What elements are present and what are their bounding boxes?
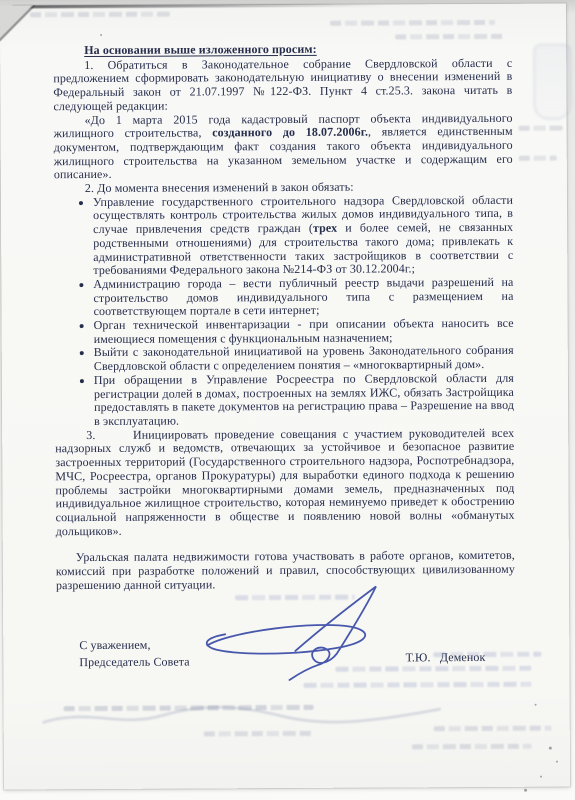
scan-speckle (549, 747, 552, 750)
list-item: Управление государственного строительног… (93, 194, 513, 278)
paragraph-item-1: 1. Обратиться в Законодательное собрание… (53, 57, 512, 114)
bleed-through-line (519, 156, 557, 161)
paragraph-item-3: 3. Инициировать проведение совещания с у… (55, 426, 515, 538)
signature-closing: С уважением, (79, 637, 189, 655)
obligations-list: Управление государственного строительног… (54, 194, 514, 429)
bleed-through-line (330, 20, 495, 26)
signature-title: Председатель Совета (79, 654, 189, 672)
scan-background: На основании выше изложенного просим: 1.… (0, 0, 575, 800)
list-item: При обращении в Управление Росреестра по… (94, 372, 514, 429)
bleed-through-line (519, 126, 563, 131)
bleed-through-handwriting (38, 700, 450, 734)
scan-speckle (540, 776, 542, 778)
request-heading-text: На основании выше изложенного просим: (84, 42, 317, 57)
list-item: Администрацию города – вести публичный р… (93, 276, 513, 319)
list-item: Орган технической инвентаризации - при о… (94, 317, 514, 347)
scan-speckle (535, 704, 537, 706)
list-item: Выйти с законодательной инициативой на у… (94, 344, 514, 374)
signature-left-column: С уважением, Председатель Совета (79, 637, 189, 672)
page-corner-fold (0, 5, 35, 41)
bleed-through-line (30, 12, 170, 18)
list-item-text: Выйти с законодательной инициативой на у… (94, 343, 514, 373)
signature-scribble (185, 572, 401, 693)
list-item-bold: трех (313, 221, 337, 235)
quote-bold-date: созданного до 18.07.2006г. (212, 125, 368, 140)
scan-speckle (524, 789, 527, 792)
bleed-through-emblem (533, 43, 571, 119)
bleed-through-line (412, 744, 532, 750)
scan-speckle (556, 761, 558, 763)
bleed-through-line (434, 726, 552, 732)
list-item-text: Орган технической инвентаризации - при о… (94, 316, 514, 346)
paragraph-quote: «До 1 марта 2015 года кадастровый паспор… (54, 111, 513, 182)
signatory-name: Т.Ю. Деменок (406, 635, 486, 666)
list-item-text: Администрацию города – вести публичный р… (93, 275, 513, 319)
list-item-text: При обращении в Управление Росреестра по… (94, 371, 514, 428)
bleed-through-line (395, 34, 505, 40)
scan-speckle (100, 34, 102, 36)
document-page: На основании выше изложенного просим: 1.… (0, 4, 570, 790)
